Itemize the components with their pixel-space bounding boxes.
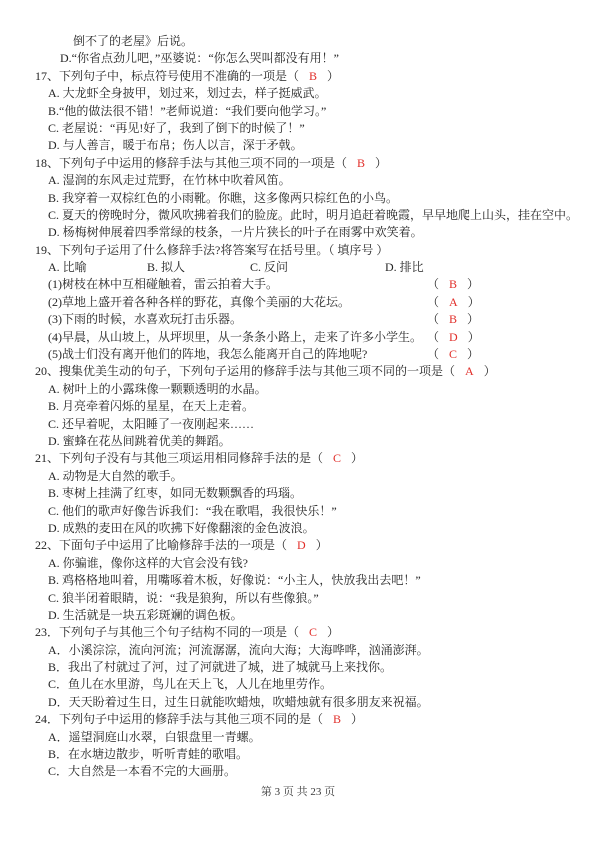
answer-letter: D: [297, 538, 306, 552]
close-paren: ）: [468, 330, 480, 344]
choice-legend-item: B. 拟人: [147, 259, 185, 276]
open-paren: （: [427, 295, 439, 309]
question-line: 17、下列句子中，标点符号使用不准确的一项是（B）: [0, 68, 596, 85]
line-text: B．在水塘边散步，听听青蛙的歌唱。: [48, 747, 248, 761]
open-paren: （: [427, 347, 439, 361]
option-line: A. 湿润的东风走过荒野，在竹林中吹着风笛。: [0, 172, 596, 189]
line-text: D. 杨梅树伸展着四季常绿的枝条，一片片狭长的叶子在雨雾中欢笑着。: [48, 225, 423, 239]
line-text: C. 夏天的傍晚时分，微风吹拂着我们的脸庞。此时，明月追赶着晚霞，早早地爬上山头…: [48, 208, 578, 222]
line-text: (2)草地上盛开着各种各样的野花，真像个美丽的大花坛。: [48, 295, 350, 309]
line-text: C．大自然是一本看不完的大画册。: [48, 764, 236, 778]
close-paren: ）: [467, 347, 479, 361]
option-line: D. 成熟的麦田在风的吹拂下好像翻滚的金色波浪。: [0, 520, 596, 537]
option-line: C. 狼半闭着眼睛，说：“我是狼狗，所以有些像狼。”: [0, 590, 596, 607]
line-text: D. 蜜蜂在花丛间跳着优美的舞蹈。: [48, 434, 231, 448]
open-paren: （: [427, 312, 439, 326]
option-line: D.“你省点劲儿吧，”巫婆说：“你怎么哭叫都没有用！”: [0, 50, 596, 67]
option-line: C．大自然是一本看不完的大画册。: [0, 763, 596, 780]
choice-legend-row: A. 比喻B. 拟人C. 反问D. 排比: [0, 259, 596, 276]
option-line: (3)下雨的时候，水喜欢玩打击乐器。（B）: [0, 311, 596, 328]
answer-letter: B: [357, 156, 365, 170]
answer-brackets: （C）: [427, 346, 479, 363]
question-text-close: ）: [351, 712, 363, 726]
option-line: D. 蜜蜂在花丛间跳着优美的舞蹈。: [0, 433, 596, 450]
answer-letter: C: [449, 347, 457, 361]
question-text-close: ）: [484, 364, 496, 378]
page-footer: 第 3 页 共 23 页: [0, 783, 596, 799]
line-text: (5)战士们没有离开他们的阵地，我怎么能离开自己的阵地呢?: [48, 347, 367, 361]
question-text-close: ）: [351, 451, 363, 465]
line-text: C. 狼半闭着眼睛，说：“我是狼狗，所以有些像狼。”: [48, 591, 319, 605]
option-line: B. 枣树上挂满了红枣，如同无数颗飘香的玛瑙。: [0, 485, 596, 502]
question-line: 24．下列句子中运用的修辞手法与其他三项不同的是（B）: [0, 711, 596, 728]
question-text: 20、搜集优美生动的句子，下列句子运用的修辞手法与其他三项不同的一项是（: [35, 364, 455, 378]
answer-letter: B: [449, 277, 457, 291]
option-line: B. 月亮牵着闪烁的星星，在天上走着。: [0, 398, 596, 415]
line-text: A. 湿润的东风走过荒野，在竹林中吹着风笛。: [48, 173, 291, 187]
option-line: A. 你骗谁，像你这样的大官会没有钱?: [0, 555, 596, 572]
option-line: C. 老屋说：“再见!好了，我到了倒下的时候了！”: [0, 120, 596, 137]
question-text: 17、下列句子中，标点符号使用不准确的一项是（: [35, 69, 299, 83]
line-text: C. 还早着呢，太阳睡了一夜刚起来……: [48, 417, 254, 431]
option-line: D．天天盼着过生日，过生日就能吹蜡烛，吹蜡烛就有很多朋友来祝福。: [0, 694, 596, 711]
answer-letter: A: [465, 364, 474, 378]
answer-brackets: （D）: [427, 329, 480, 346]
line-text: A. 动物是大自然的歌手。: [48, 469, 183, 483]
question-line: 20、搜集优美生动的句子，下列句子运用的修辞手法与其他三项不同的一项是（A）: [0, 363, 596, 380]
answer-letter: B: [309, 69, 317, 83]
close-paren: ）: [467, 312, 479, 326]
open-paren: （: [427, 277, 439, 291]
line-text: B. 鸡格格地叫着，用嘴啄着木板，好像说：“小主人，快放我出去吧！”: [48, 573, 421, 587]
line-text: B.“他的做法很不错！”老师说道：“我们要向他学习。”: [48, 104, 326, 118]
line-text: B. 月亮牵着闪烁的星星，在天上走着。: [48, 399, 254, 413]
line-text: D. 成熟的麦田在风的吹拂下好像翻滚的金色波浪。: [48, 521, 315, 535]
question-text-close: ）: [327, 69, 339, 83]
line-text: (3)下雨的时候，水喜欢玩打击乐器。: [48, 312, 242, 326]
option-line: B. 鸡格格地叫着，用嘴啄着木板，好像说：“小主人，快放我出去吧！”: [0, 572, 596, 589]
answer-letter: B: [449, 312, 457, 326]
option-line: A. 树叶上的小露珠像一颗颗透明的水晶。: [0, 381, 596, 398]
exam-paper-page: 倒不了的老屋》后说。D.“你省点劲儿吧，”巫婆说：“你怎么哭叫都没有用！”17、…: [0, 0, 596, 842]
option-line: B．在水塘边散步，听听青蛙的歌唱。: [0, 746, 596, 763]
option-line: (1)树枝在林中互相碰触着，雷云拍着大手。（B）: [0, 276, 596, 293]
question-text: 22、下面句子中运用了比喻修辞手法的一项是（: [35, 538, 287, 552]
answer-letter: C: [309, 625, 317, 639]
line-text: A. 树叶上的小露珠像一颗颗透明的水晶。: [48, 382, 267, 396]
question-text-close: ）: [316, 538, 328, 552]
option-line: 倒不了的老屋》后说。: [0, 33, 596, 50]
option-line: A．遥望洞庭山水翠，白银盘里一青螺。: [0, 729, 596, 746]
line-text: C．鱼儿在水里游，鸟儿在天上飞，人儿在地里劳作。: [48, 677, 332, 691]
line-text: B．我出了村就过了河，过了河就进了城，进了城就马上来找你。: [48, 660, 392, 674]
option-line: C. 他们的歌声好像告诉我们：“我在歌唱，我很快乐！”: [0, 503, 596, 520]
line-text: D. 与人善言，暖于布帛；伤人以言，深于矛戟。: [48, 138, 303, 152]
question-text: 21、下列句子没有与其他三项运用相同修辞手法的是（: [35, 451, 323, 465]
option-line: C. 还早着呢，太阳睡了一夜刚起来……: [0, 416, 596, 433]
option-line: D. 与人善言，暖于布帛；伤人以言，深于矛戟。: [0, 137, 596, 154]
line-text: D. 生活就是一块五彩斑斓的调色板。: [48, 608, 243, 622]
line-text: A. 大龙虾全身披甲，划过来，划过去，样子挺威武。: [48, 86, 327, 100]
choice-legend-item: D. 排比: [385, 259, 424, 276]
answer-brackets: （B）: [427, 276, 479, 293]
line-text: C. 老屋说：“再见!好了，我到了倒下的时候了！”: [48, 121, 305, 135]
line-text: A. 你骗谁，像你这样的大官会没有钱?: [48, 556, 248, 570]
answer-brackets: （A）: [427, 294, 480, 311]
line-text: 倒不了的老屋》后说。: [73, 34, 193, 48]
question-line: 22、下面句子中运用了比喻修辞手法的一项是（D）: [0, 537, 596, 554]
line-text: (4)早晨，从山坡上，从坪坝里，从一条条小路上，走来了许多小学生。: [48, 330, 422, 344]
question-line: 21、下列句子没有与其他三项运用相同修辞手法的是（C）: [0, 450, 596, 467]
close-paren: ）: [468, 295, 480, 309]
answer-letter: B: [333, 712, 341, 726]
option-line: D. 杨梅树伸展着四季常绿的枝条，一片片狭长的叶子在雨雾中欢笑着。: [0, 224, 596, 241]
open-paren: （: [427, 330, 439, 344]
option-line: (2)草地上盛开着各种各样的野花，真像个美丽的大花坛。（A）: [0, 294, 596, 311]
line-text: D．天天盼着过生日，过生日就能吹蜡烛，吹蜡烛就有很多朋友来祝福。: [48, 695, 429, 709]
line-text: D.“你省点劲儿吧，”巫婆说：“你怎么哭叫都没有用！”: [60, 51, 339, 65]
option-line: B. 我穿着一双棕红色的小雨靴。你瞧，这多像两只棕红色的小鸟。: [0, 190, 596, 207]
option-line: B.“他的做法很不错！”老师说道：“我们要向他学习。”: [0, 103, 596, 120]
option-line: A. 大龙虾全身披甲，划过来，划过去，样子挺威武。: [0, 85, 596, 102]
question-text: 23．下列句子与其他三个句子结构不同的一项是（: [35, 625, 299, 639]
option-line: C. 夏天的傍晚时分，微风吹拂着我们的脸庞。此时，明月追赶着晚霞，早早地爬上山头…: [0, 207, 596, 224]
line-text: (1)树枝在林中互相碰触着，雷云拍着大手。: [48, 277, 278, 291]
line-text: C. 他们的歌声好像告诉我们：“我在歌唱，我很快乐！”: [48, 504, 337, 518]
question-text: 18、下列句子中运用的修辞手法与其他三项不同的一项是（: [35, 156, 347, 170]
option-line: A. 动物是大自然的歌手。: [0, 468, 596, 485]
option-line: (4)早晨，从山坡上，从坪坝里，从一条条小路上，走来了许多小学生。（D）: [0, 329, 596, 346]
answer-brackets: （B）: [427, 311, 479, 328]
question-line: 23．下列句子与其他三个句子结构不同的一项是（C）: [0, 624, 596, 641]
option-line: C．鱼儿在水里游，鸟儿在天上飞，人儿在地里劳作。: [0, 676, 596, 693]
question-text-close: ）: [375, 156, 387, 170]
choice-legend-item: C. 反问: [250, 259, 288, 276]
answer-letter: D: [449, 330, 458, 344]
question-text: 24．下列句子中运用的修辞手法与其他三项不同的是（: [35, 712, 323, 726]
question-line: 19、下列句子运用了什么修辞手法?将答案写在括号里。（ 填序号 ）: [0, 242, 596, 259]
option-line: (5)战士们没有离开他们的阵地，我怎么能离开自己的阵地呢?（C）: [0, 346, 596, 363]
answer-letter: C: [333, 451, 341, 465]
line-text: B. 我穿着一双棕红色的小雨靴。你瞧，这多像两只棕红色的小鸟。: [48, 191, 398, 205]
question-text-close: ）: [327, 625, 339, 639]
close-paren: ）: [467, 277, 479, 291]
option-line: A．小溪淙淙，流向河流；河流潺潺，流向大海；大海哗哗，汹涌澎湃。: [0, 642, 596, 659]
question-line: 18、下列句子中运用的修辞手法与其他三项不同的一项是（B）: [0, 155, 596, 172]
option-line: B．我出了村就过了河，过了河就进了城，进了城就马上来找你。: [0, 659, 596, 676]
option-line: D. 生活就是一块五彩斑斓的调色板。: [0, 607, 596, 624]
answer-letter: A: [449, 295, 458, 309]
document-lines: 倒不了的老屋》后说。D.“你省点劲儿吧，”巫婆说：“你怎么哭叫都没有用！”17、…: [0, 33, 596, 781]
choice-legend-item: A. 比喻: [48, 259, 87, 276]
line-text: 19、下列句子运用了什么修辞手法?将答案写在括号里。（ 填序号 ）: [35, 243, 388, 257]
line-text: A．小溪淙淙，流向河流；河流潺潺，流向大海；大海哗哗，汹涌澎湃。: [48, 643, 429, 657]
line-text: B. 枣树上挂满了红枣，如同无数颗飘香的玛瑙。: [48, 486, 302, 500]
line-text: A．遥望洞庭山水翠，白银盘里一青螺。: [48, 730, 261, 744]
